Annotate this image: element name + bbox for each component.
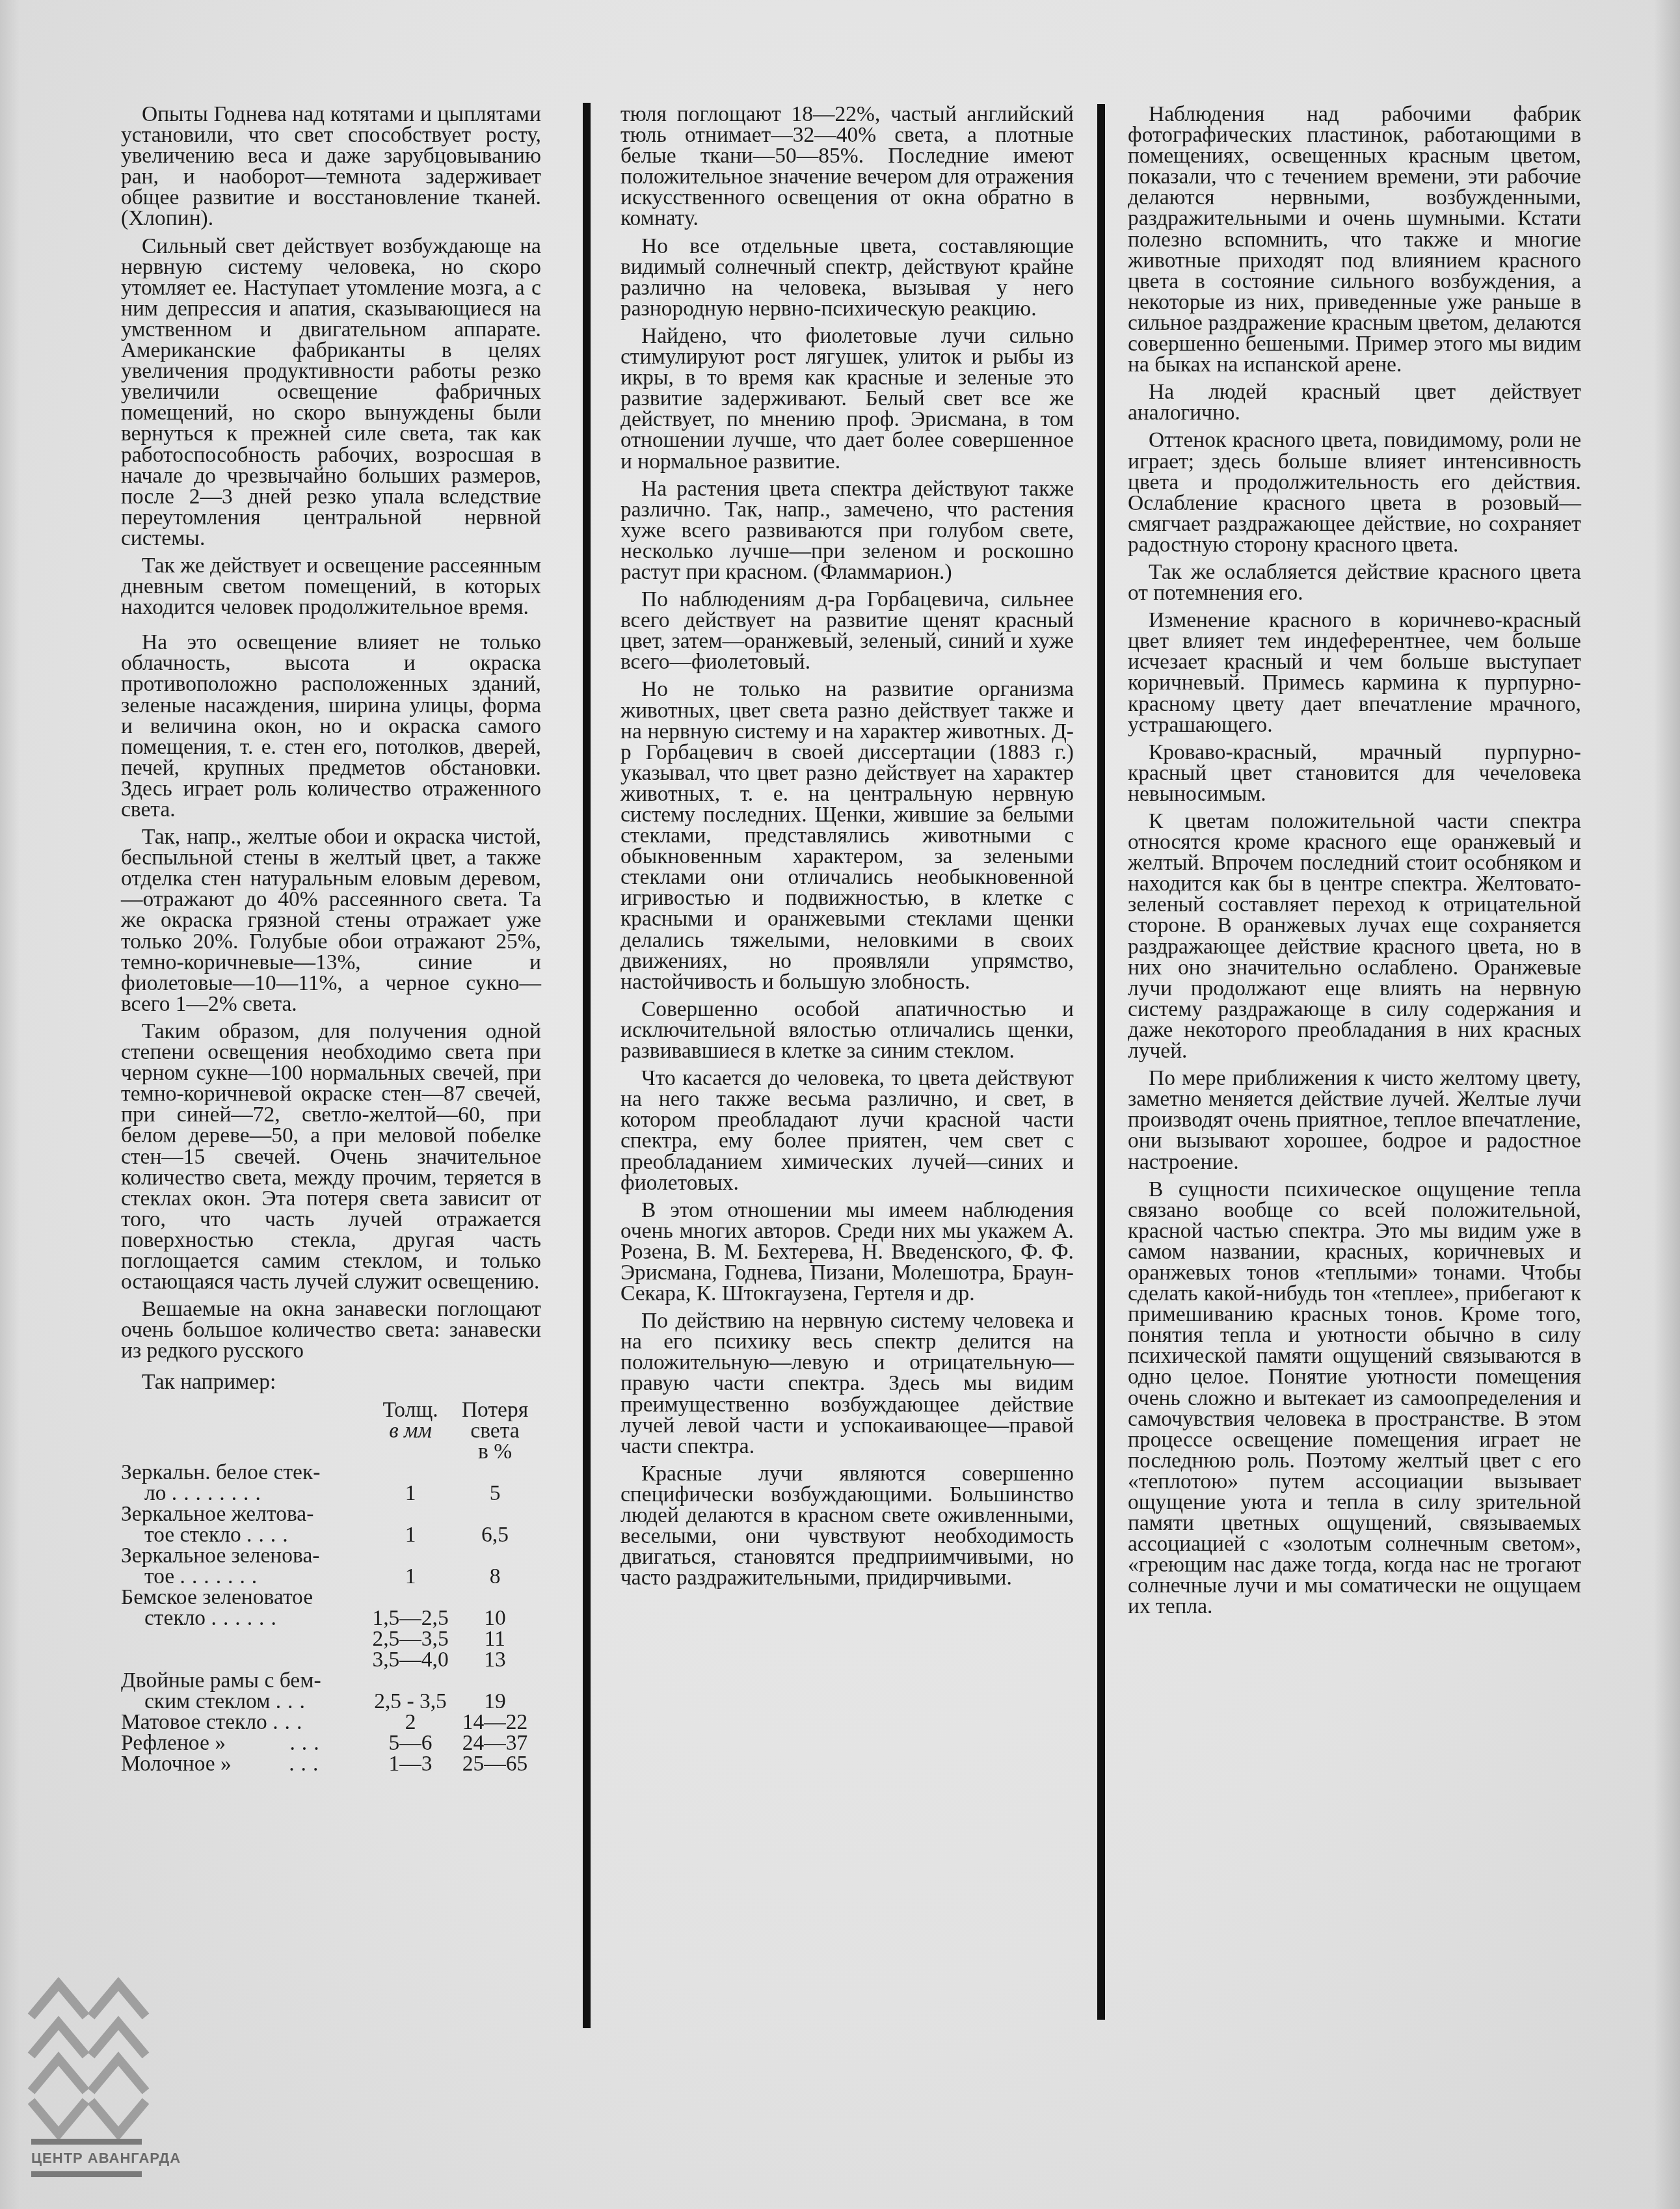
paragraph: Так же ослабляется действие красного цве… (1128, 562, 1581, 604)
table-intro: Так например: (142, 1372, 541, 1393)
watermark-bar-bottom (31, 2171, 142, 2177)
column-rule-1 (583, 103, 591, 2028)
paragraph: Оттенок красного цвета, повидимому, роли… (1128, 430, 1581, 556)
paragraph: Таким образом, для получения одной степе… (121, 1021, 541, 1292)
watermark-text: ЦЕНТР АВАНГАРДА (31, 2150, 181, 2167)
page-edge-shadow-right (1654, 0, 1680, 2209)
table-row: Двойные рамы с бем-ским стеклом ... 2,5 … (121, 1670, 537, 1712)
text-column-1: Опыты Годнева над котятами и цыплятами у… (121, 104, 541, 1774)
paragraph: В сущности психическое ощущение тепла св… (1128, 1179, 1581, 1618)
text-column-2: тюля поглощают 18—22%, частый английский… (620, 104, 1074, 1595)
text-column-3: Наблюдения над рабочими фабрик фотографи… (1128, 104, 1581, 1624)
header-thickness: Толщ. в мм (368, 1400, 453, 1462)
paragraph: На растения цвета спектра действуют такж… (620, 479, 1074, 583)
table-row: Матовое стекло ... 2 14—22 (121, 1712, 537, 1733)
header-light-loss: Потеря света в % (453, 1400, 537, 1462)
table-row: Рефленое » ... 5—6 24—37 (121, 1733, 537, 1754)
table-row: Зеркальн. белое стек-ло ........ 1 5 (121, 1462, 537, 1504)
table-row: Молочное » ... 1—3 25—65 (121, 1754, 537, 1774)
paragraph: Так же действует и освещение рассеянным … (121, 556, 541, 618)
table-row: 2,5—3,5 11 (121, 1629, 537, 1650)
paragraph: Изменение красного в коричнево-красный ц… (1128, 610, 1581, 736)
paragraph: Кроваво-красный, мрачный пурпурно-красны… (1128, 742, 1581, 805)
paragraph: Что касается до человека, то цвета дейст… (620, 1068, 1074, 1194)
paragraph: К цветам положительной части спектра отн… (1128, 811, 1581, 1062)
glass-light-loss-table: Толщ. в мм Потеря света в % Зеркальн. бе… (121, 1400, 537, 1774)
table-header-row: Толщ. в мм Потеря света в % (121, 1400, 537, 1462)
table-row: 3,5—4,0 13 (121, 1650, 537, 1670)
scanned-page: Опыты Годнева над котятами и цыплятами у… (0, 0, 1680, 2209)
paragraph: Но не только на развитие организма живот… (620, 679, 1074, 992)
paragraph: Наблюдения над рабочими фабрик фотографи… (1128, 104, 1581, 375)
page-edge-shadow-left (0, 0, 20, 2209)
paragraph: Но все отдельные цвета, составляющие вид… (620, 236, 1074, 319)
paragraph: Опыты Годнева над котятами и цыплятами у… (121, 104, 541, 230)
paragraph: По мере приближения к чисто желтому цвет… (1128, 1068, 1581, 1172)
paragraph: На это освещение влияет не только облачн… (121, 632, 541, 820)
paragraph: В этом отношении мы имеем наблюдения оче… (620, 1200, 1074, 1304)
table-row: Бемское зеленоватоестекло ...... 1,5—2,5… (121, 1587, 537, 1629)
paragraph: Найдено, что фиолетовые лучи сильно стим… (620, 326, 1074, 472)
header-material (121, 1400, 368, 1462)
paragraph: На людей красный цвет действует аналогич… (1128, 382, 1581, 423)
column-rule-2 (1097, 104, 1105, 2020)
table-row: Зеркальное желтова-тое стекло .... 1 6,5 (121, 1504, 537, 1546)
paragraph: По действию на нервную систему человека … (620, 1311, 1074, 1457)
paragraph: тюля поглощают 18—22%, частый английский… (620, 104, 1074, 230)
paragraph: Так, напр., желтые обои и окраска чистой… (121, 827, 541, 1015)
paragraph: По наблюдениям д-ра Горбацевича, сильнее… (620, 589, 1074, 673)
table-row: Зеркальное зеленова-тое ....... 1 8 (121, 1546, 537, 1587)
paragraph: Вешаемые на окна занавески поглощают оче… (121, 1299, 541, 1361)
paragraph: Сильный свет действует возбуждающе на не… (121, 236, 541, 549)
paragraph: Совершенно особой апатичностью и исключи… (620, 999, 1074, 1062)
paragraph: Красные лучи являются совершенно специфи… (620, 1464, 1074, 1589)
watermark-bar-top (31, 2139, 142, 2145)
